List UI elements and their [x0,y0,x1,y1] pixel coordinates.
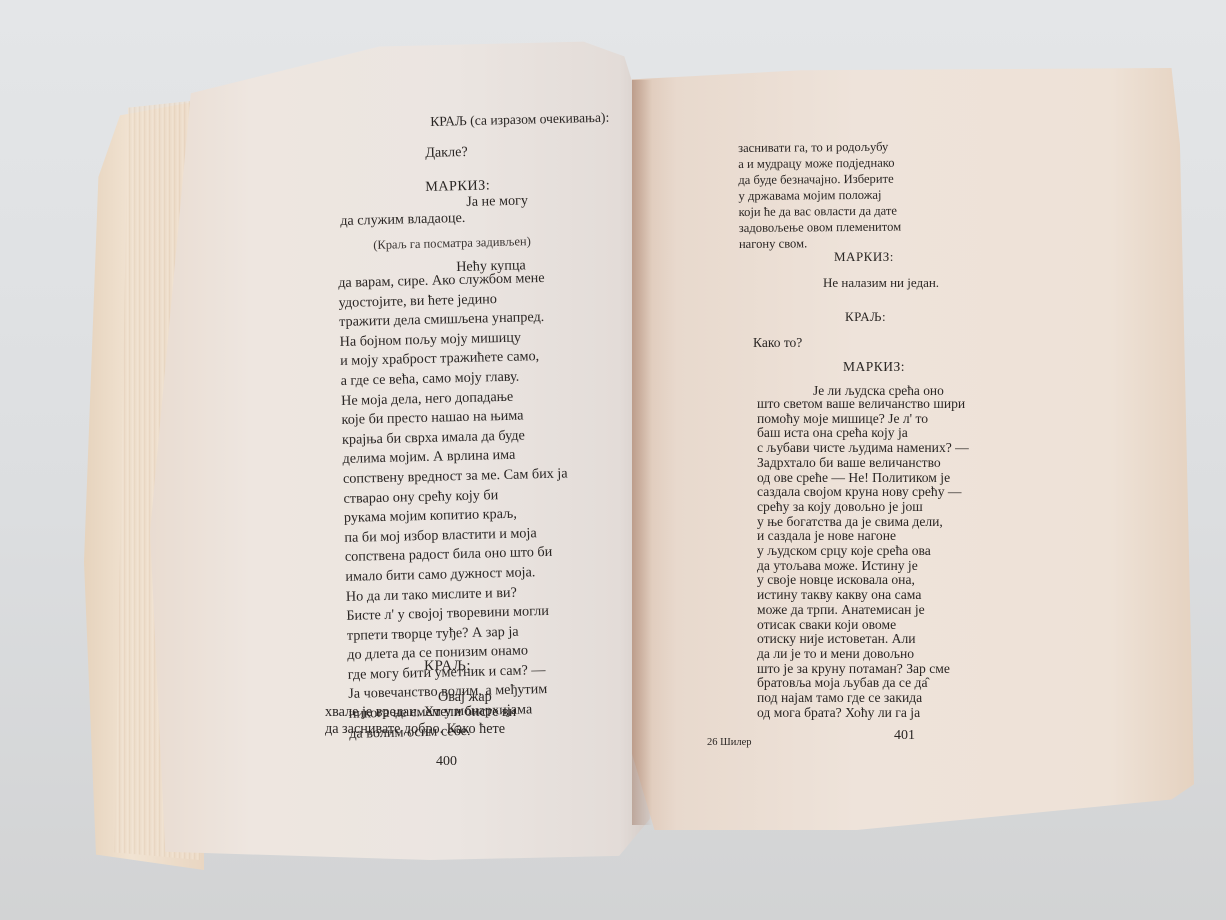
verse-line: у људском срцу које срећа ова [757,544,969,559]
verse-line: под најам тамо где се закида [757,691,969,706]
verse-line: од мога брата? Хоћу ли га ја [757,706,969,721]
verse-line: истину такву какву она сама [757,588,969,603]
verse-line: може да трпи. Анатемисан је [757,603,969,618]
speaker-kralj: КРАЉ: [424,657,471,677]
verse-line: Како то? [753,333,802,353]
verse-line: да утољава може. Истину је [757,559,969,574]
verse-line: отисак сваки који овоме [757,618,969,633]
verse-line: помоћу моје мишице? Је л' то [757,412,969,427]
verse-line: срећу за коју довољно је још [757,500,969,515]
verse-line: да служим владаоце. [340,209,466,232]
verse-line: да буде безначајно. Изберите [738,171,901,188]
verse-line: баш иста она срећа коју ја [757,426,969,441]
verse-line: што светом ваше величанство шири [757,397,969,412]
verse-line: у ње богатства да је свима дели, [757,515,969,530]
verse-line: задовољење овом племенитом [739,219,902,236]
verse-line: Ја не могу [466,191,528,212]
printer-signature: 26 Шилер [707,733,752,753]
right-body-text: што светом ваше величанство шири помоћу … [757,397,969,720]
verse-line: од ове среће — Не! Политиком је [757,471,969,486]
stage-direction: (Краљ га посматра задивљен) [373,232,531,255]
page-number-left: 400 [436,752,457,772]
verse-line: да заснивате добро. Како ћете [325,720,505,740]
line-dakle: Дакле? [425,143,468,164]
verse-line: саздала својом круна нову срећу — [757,485,969,500]
verse-line: а и мудрацу може подједнако [738,155,901,172]
verse-line: што је за круну потаман? Зар сме [757,662,969,677]
verse-line: Не налазим ни један. [823,273,939,293]
verse-line: заснивати га, то и родољубу [738,139,901,156]
verse-line: отиску није истоветан. Али [757,632,969,647]
right-top-text: заснивати га, то и родољубу а и мудрацу … [738,139,901,252]
verse-line: и саздала је нове нагоне [757,529,969,544]
verse-line: братовља моја љубав да се да̂ [757,676,969,691]
speaker-markiz: МАРКИЗ: [834,247,894,267]
page-number-right: 401 [894,726,915,746]
book-gutter-shadow [632,80,652,825]
verse-line: у своје новце исковала она, [757,573,969,588]
speaker-markiz: МАРКИЗ: [843,357,905,377]
verse-line: с љубави чисте људима намених? — [757,441,969,456]
verse-line: у државама мојим положај [738,187,901,204]
verse-line: Задрхтало би ваше величанство [757,456,969,471]
verse-line: да ли је то и мени довољно [757,647,969,662]
verse-line: који ће да вас овласти да дате [739,203,902,220]
speaker-kralj: КРАЉ: [845,307,886,327]
